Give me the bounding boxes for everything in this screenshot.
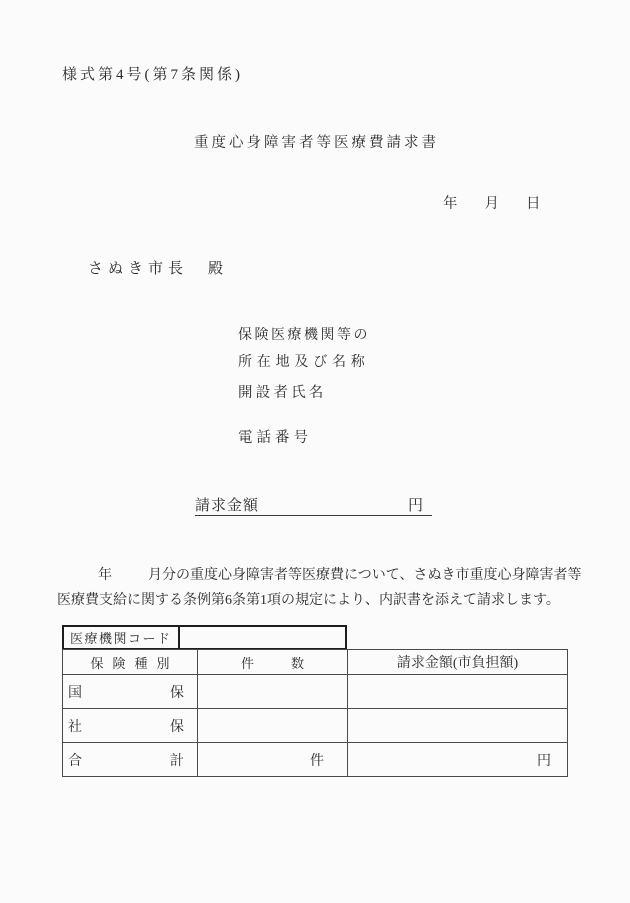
insurance-summary-table: 保険種別 件数 請求金額(市負担額) 国 保 <box>62 649 568 777</box>
header-claim-amount: 請求金額(市負担額) <box>348 650 568 675</box>
phone-number-label: 電話番号 <box>238 426 312 447</box>
date-line: 年 月 日 <box>443 192 541 213</box>
table-row-shaho: 社 保 <box>63 709 568 743</box>
shaho-count-cell <box>198 709 348 743</box>
month-label: 月 <box>485 192 500 213</box>
claim-amount-label: 請求金額 <box>195 494 259 515</box>
claim-amount-line: 請求金額 円 <box>195 495 432 516</box>
institution-code-box: 医療機関コード <box>62 625 347 650</box>
yen-unit-label: 円 <box>408 494 423 515</box>
year-label: 年 <box>443 192 458 213</box>
body-line1-text: 月分の重度心身障害者等医療費について、さぬき市重度心身障害者等 <box>148 564 581 584</box>
body-year-label: 年 <box>98 564 112 584</box>
row-label-shaho: 社 保 <box>63 709 198 743</box>
row-label-total: 合 計 <box>63 743 198 777</box>
table-row-kokuho: 国 保 <box>63 675 568 709</box>
kokuho-count-cell <box>198 675 348 709</box>
document-title: 重度心身障害者等医療費請求書 <box>0 131 630 152</box>
address-name-label: 所在地及び名称 <box>238 351 370 371</box>
body-paragraph-line1: 年 月分の重度心身障害者等医療費について、さぬき市重度心身障害者等 <box>98 564 581 584</box>
founder-name-label: 開設者氏名 <box>238 381 327 402</box>
row-label-kokuho: 国 保 <box>63 675 198 709</box>
total-amount-cell: 円 <box>348 743 568 777</box>
table-row-total: 合 計 件 円 <box>63 743 568 777</box>
medical-institution-label: 保険医療機関等の <box>238 324 370 344</box>
day-label: 日 <box>526 192 541 213</box>
header-insurance-type: 保険種別 <box>63 650 198 675</box>
table-header-row: 保険種別 件数 請求金額(市負担額) <box>63 650 568 675</box>
kokuho-amount-cell <box>348 675 568 709</box>
institution-code-label: 医療機関コード <box>64 627 180 648</box>
body-paragraph-line2: 医療費支給に関する条例第6条第1項の規定により、内訳書を添えて請求します。 <box>57 589 560 609</box>
addressee: さぬき市長 殿 <box>88 257 228 278</box>
document-page: 様式第4号(第7条関係) 重度心身障害者等医療費請求書 年 月 日 さぬき市長 … <box>0 0 630 903</box>
total-count-cell: 件 <box>198 743 348 777</box>
header-count: 件数 <box>198 650 348 675</box>
form-number: 様式第4号(第7条関係) <box>62 63 243 84</box>
shaho-amount-cell <box>348 709 568 743</box>
institution-code-field <box>180 627 345 648</box>
